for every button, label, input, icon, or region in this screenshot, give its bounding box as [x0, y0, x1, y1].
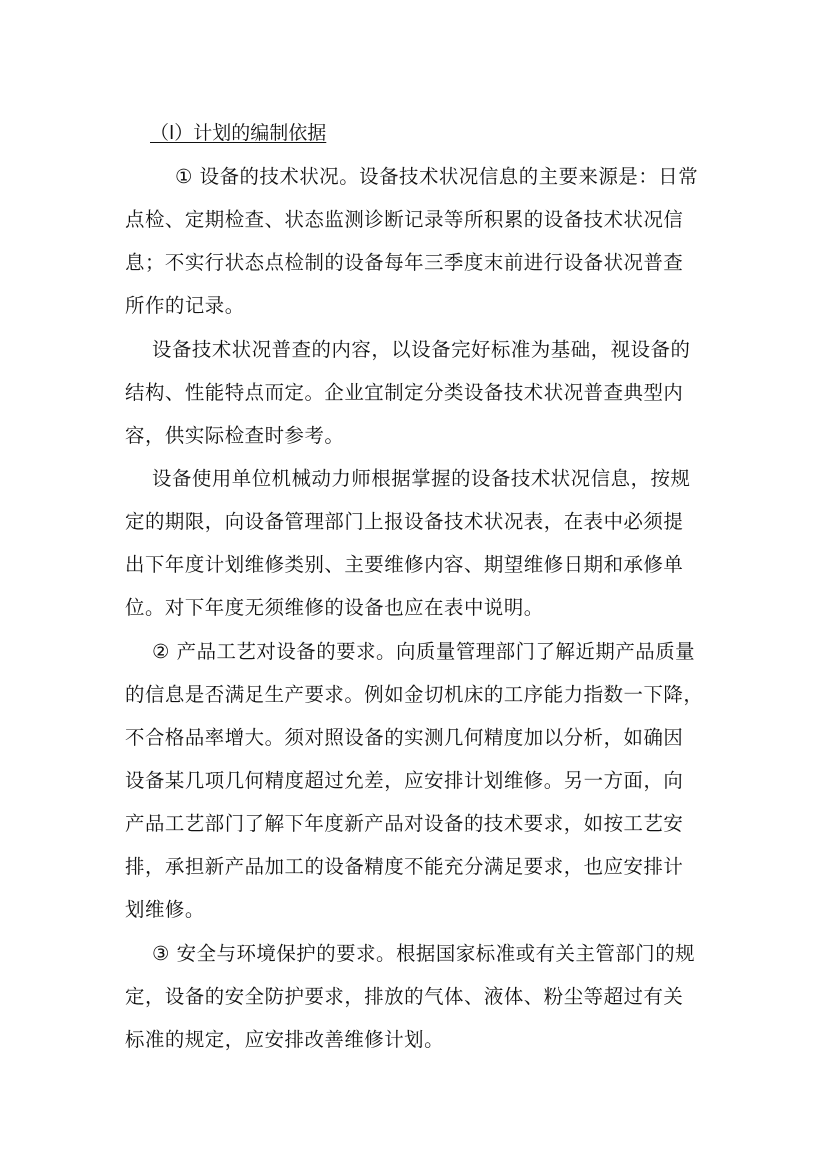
text-line: 的信息是否满足生产要求。例如金切机床的工序能力指数一下降， — [125, 682, 705, 708]
text-line: 设备技术状况普查的内容，以设备完好标准为基础，视设备的 — [125, 337, 732, 363]
text-line: ③ 安全与环境保护的要求。根据国家标准或有关主管部门的规 — [125, 941, 732, 967]
text-line: ② 产品工艺对设备的要求。向质量管理部门了解近期产品质量 — [125, 639, 732, 665]
text-line: ① 设备的技术状况。设备技术状况信息的主要来源是：日常 — [125, 164, 755, 190]
text-line: 定的期限，向设备管理部门上报设备技术状况表，在表中必须提 — [125, 509, 705, 535]
document-page: （l）计划的编制依据 ① 设备的技术状况。设备技术状况信息的主要来源是：日常 点… — [0, 0, 826, 1169]
text-line: 定，设备的安全防护要求，排放的气体、液体、粉尘等超过有关 — [125, 984, 705, 1010]
text-line: 划维修。 — [125, 897, 705, 923]
section-heading: （l）计划的编制依据 — [150, 120, 326, 146]
text-line: 容，供实际检查时参考。 — [125, 423, 705, 449]
text-line: 息；不实行状态点检制的设备每年三季度末前进行设备状况普查 — [125, 250, 705, 276]
text-line: 位。对下年度无须维修的设备也应在表中说明。 — [125, 595, 705, 621]
text-line: 排，承担新产品加工的设备精度不能充分满足要求，也应安排计 — [125, 854, 705, 880]
text-line: 所作的记录。 — [125, 293, 705, 319]
text-line: 不合格品率增大。须对照设备的实测几何精度加以分析，如确因 — [125, 725, 705, 751]
text-line: 结构、性能特点而定。企业宜制定分类设备技术状况普查典型内 — [125, 380, 705, 406]
text-line: 设备使用单位机械动力师根据掌握的设备技术状况信息，按规 — [125, 466, 732, 492]
text-line: 标准的规定，应安排改善维修计划。 — [125, 1027, 705, 1053]
text-line: 设备某几项几何精度超过允差，应安排计划维修。另一方面，向 — [125, 768, 705, 794]
text-line: 出下年度计划维修类别、主要维修内容、期望维修日期和承修单 — [125, 552, 705, 578]
text-line: 点检、定期检查、状态监测诊断记录等所积累的设备技术状况信 — [125, 207, 705, 233]
text-line: 产品工艺部门了解下年度新产品对设备的技术要求，如按工艺安 — [125, 811, 705, 837]
